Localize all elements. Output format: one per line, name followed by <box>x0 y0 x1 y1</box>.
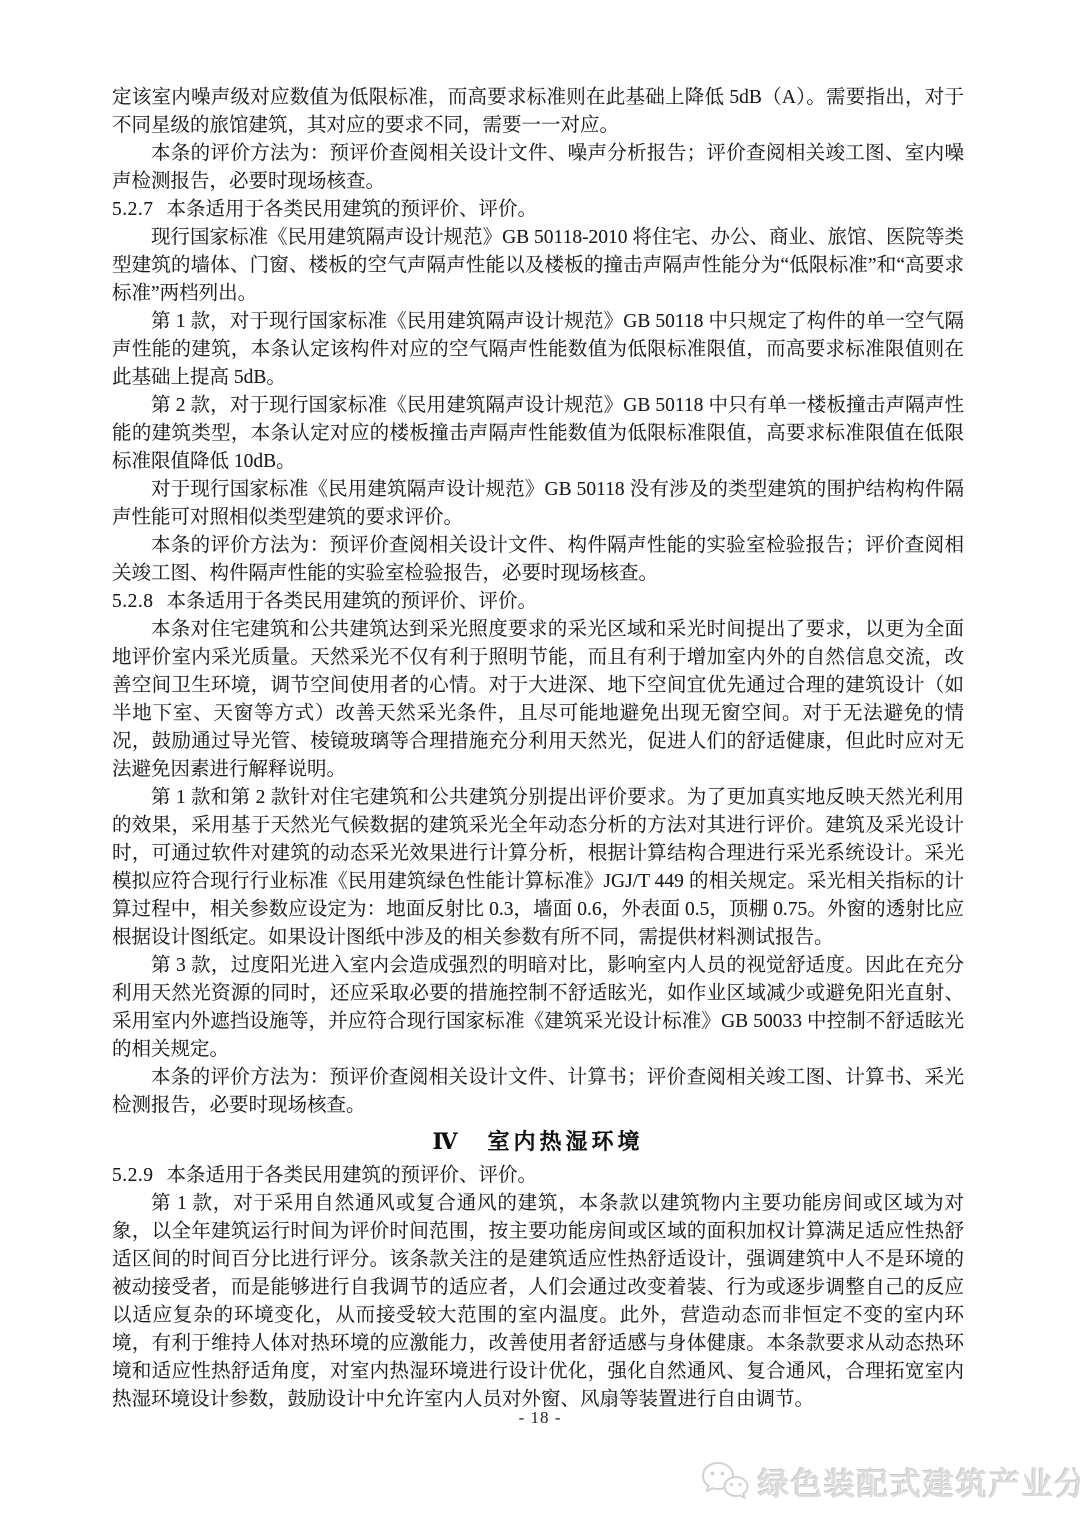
paragraph: 本条的评价方法为：预评价查阅相关设计文件、噪声分析报告；评价查阅相关竣工图、室内… <box>112 140 964 196</box>
paragraph: 本条对住宅建筑和公共建筑达到采光照度要求的采光区域和采光时间提出了要求，以更为全… <box>112 616 964 784</box>
paragraph: 现行国家标准《民用建筑隔声设计规范》GB 50118-2010 将住宅、办公、商… <box>112 224 964 308</box>
wechat-icon <box>700 1460 750 1504</box>
section-heading: Ⅳ室内热湿环境 <box>112 1126 964 1158</box>
paragraph-continuation: 定该室内噪声级对应数值为低限标准，而高要求标准则在此基础上降低 5dB（A）。需… <box>112 84 964 140</box>
page-number: - 18 - <box>0 1408 1080 1428</box>
clause-number: 5.2.8 <box>112 588 154 616</box>
clause-5-2-7: 5.2.7本条适用于各类民用建筑的预评价、评价。 <box>112 196 964 224</box>
paragraph: 本条的评价方法为：预评价查阅相关设计文件、构件隔声性能的实验室检验报告；评价查阅… <box>112 532 964 588</box>
clause-text: 本条适用于各类民用建筑的预评价、评价。 <box>167 199 538 220</box>
clause-5-2-8: 5.2.8本条适用于各类民用建筑的预评价、评价。 <box>112 588 964 616</box>
paragraph: 对于现行国家标准《民用建筑隔声设计规范》GB 50118 没有涉及的类型建筑的围… <box>112 476 964 532</box>
paragraph: 第 2 款，对于现行国家标准《民用建筑隔声设计规范》GB 50118 中只有单一… <box>112 392 964 476</box>
page-body: 定该室内噪声级对应数值为低限标准，而高要求标准则在此基础上降低 5dB（A）。需… <box>112 84 964 1414</box>
watermark: 绿色装配式建筑产业分会 <box>700 1459 1080 1504</box>
clause-text: 本条适用于各类民用建筑的预评价、评价。 <box>167 1165 538 1186</box>
watermark-text: 绿色装配式建筑产业分会 <box>758 1459 1080 1504</box>
paragraph: 第 1 款，对于采用自然通风或复合通风的建筑，本条款以建筑物内主要功能房间或区域… <box>112 1190 964 1414</box>
clause-number: 5.2.7 <box>112 196 154 224</box>
clause-number: 5.2.9 <box>112 1162 154 1190</box>
paragraph: 第 1 款，对于现行国家标准《民用建筑隔声设计规范》GB 50118 中只规定了… <box>112 308 964 392</box>
paragraph: 第 1 款和第 2 款针对住宅建筑和公共建筑分别提出评价要求。为了更加真实地反映… <box>112 784 964 952</box>
section-numeral: Ⅳ <box>433 1126 458 1158</box>
paragraph: 第 3 款，过度阳光进入室内会造成强烈的明暗对比，影响室内人员的视觉舒适度。因此… <box>112 952 964 1064</box>
clause-5-2-9: 5.2.9本条适用于各类民用建筑的预评价、评价。 <box>112 1162 964 1190</box>
clause-text: 本条适用于各类民用建筑的预评价、评价。 <box>167 591 538 612</box>
section-title: 室内热湿环境 <box>487 1126 643 1158</box>
paragraph: 本条的评价方法为：预评价查阅相关设计文件、计算书；评价查阅相关竣工图、计算书、采… <box>112 1064 964 1120</box>
document-page: 定该室内噪声级对应数值为低限标准，而高要求标准则在此基础上降低 5dB（A）。需… <box>0 0 1080 1528</box>
